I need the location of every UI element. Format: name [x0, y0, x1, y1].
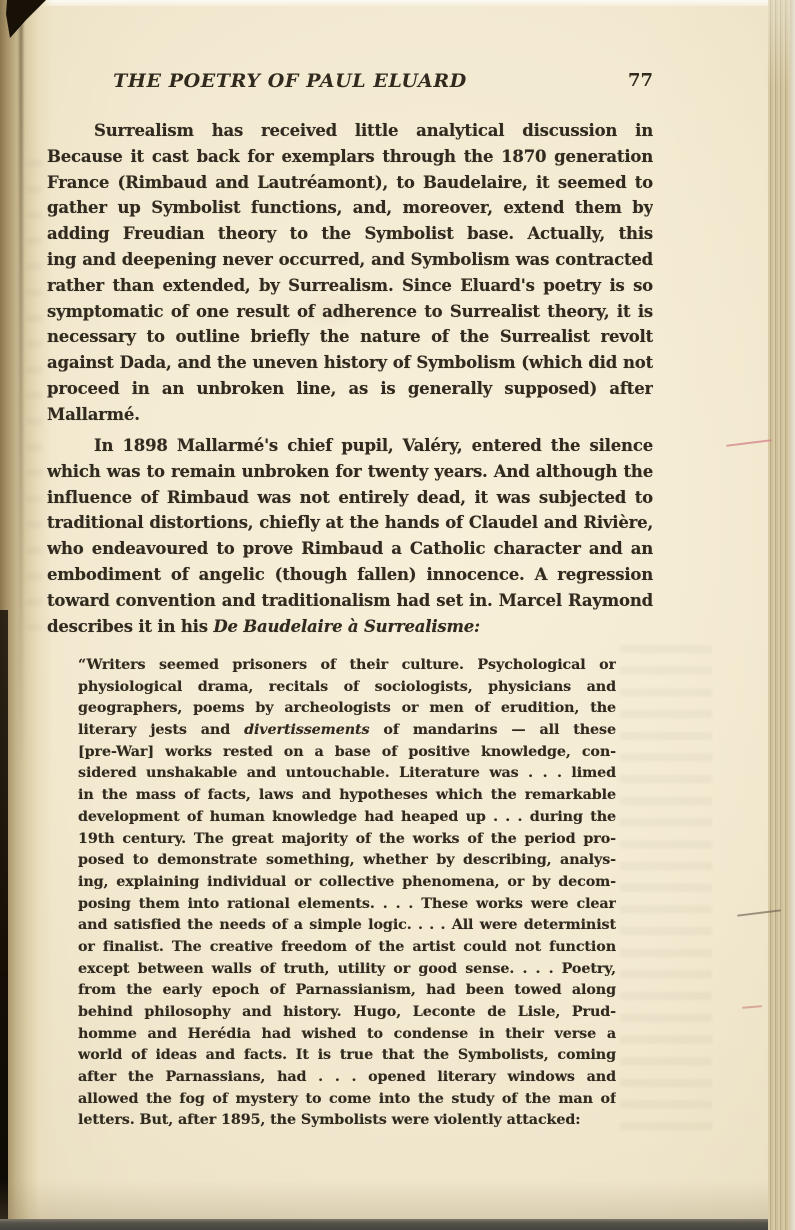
paragraph-2-line-3: influence of Rimbaud was not entirely de… [47, 485, 653, 511]
paragraph-1-line-5: adding Freudian theory to the Symbolist … [47, 221, 653, 247]
paragraph-1-line-3: France (Rimbaud and Lautréamont), to Bau… [47, 170, 653, 196]
page-text-layer: THE POETRY OF PAUL ELUARD 77 Surrealism … [0, 0, 795, 1230]
paragraph-1-line-10: against Dada, and the uneven history of … [47, 350, 653, 376]
page-number: 77 [628, 70, 653, 91]
quotation-line-2: physiological drama, recitals of sociolo… [78, 677, 616, 699]
quotation-line-6: sidered unshakable and untouchable. Lite… [78, 763, 616, 785]
quotation-line-22: letters. But, after 1895, the Symbolists… [78, 1110, 616, 1132]
quotation-line-18: homme and Herédia had wished to condense… [78, 1024, 616, 1046]
page-title: THE POETRY OF PAUL ELUARD [47, 70, 533, 92]
quotation-line-21: allowed the fog of mystery to come into … [78, 1089, 616, 1111]
paragraph-1-line-12: Mallarmé. [47, 402, 653, 428]
paragraph-1-line-2: Because it cast back for exemplars throu… [47, 144, 653, 170]
quotation-line-15: except between walls of truth, utility o… [78, 959, 616, 981]
paragraph-2-line-8: describes it in his De Baudelaire à Surr… [47, 614, 653, 640]
quotation-line-4: literary jests and divertissements of ma… [78, 720, 616, 742]
quotation-line-20: after the Parnassians, had . . . opened … [78, 1067, 616, 1089]
scanned-book-page: THE POETRY OF PAUL ELUARD 77 Surrealism … [0, 0, 795, 1230]
paragraph-2-line-6: embodiment of angelic (though fallen) in… [47, 562, 653, 588]
paragraph-2-line-7: toward convention and traditionalism had… [47, 588, 653, 614]
quotation-line-10: posed to demonstrate something, whether … [78, 850, 616, 872]
quotation-line-7: in the mass of facts, laws and hypothese… [78, 785, 616, 807]
quotation: “Writers seemed prisoners of their cultu… [78, 655, 616, 1132]
quotation-line-14: or finalist. The creative freedom of the… [78, 937, 616, 959]
quotation-line-12: posing them into rational elements. . . … [78, 894, 616, 916]
paragraph-1-line-6: ing and deepening never occurred, and Sy… [47, 247, 653, 273]
paragraph-1-line-9: necessary to outline briefly the nature … [47, 324, 653, 350]
quotation-line-11: ing, explaining individual or collective… [78, 872, 616, 894]
quotation-line-17: behind philosophy and history. Hugo, Lec… [78, 1002, 616, 1024]
paragraph-2: In 1898 Mallarmé's chief pupil, Valéry, … [47, 433, 653, 639]
quotation-line-9: 19th century. The great majority of the … [78, 829, 616, 851]
quotation-line-19: world of ideas and facts. It is true tha… [78, 1045, 616, 1067]
paragraph-1-line-7: rather than extended, by Surrealism. Sin… [47, 273, 653, 299]
paragraph-1-line-4: gather up Symbolist functions, and, more… [47, 195, 653, 221]
paragraph-2-line-5: who endeavoured to prove Rimbaud a Catho… [47, 536, 653, 562]
quotation-line-13: and satisfied the needs of a simple logi… [78, 915, 616, 937]
quotation-line-3: geographers, poems by archeologists or m… [78, 698, 616, 720]
paragraph-2-line-1: In 1898 Mallarmé's chief pupil, Valéry, … [47, 433, 653, 459]
paragraph-1: Surrealism has received little analytica… [47, 118, 653, 428]
paragraph-1-line-11: proceed in an unbroken line, as is gener… [47, 376, 653, 402]
paragraph-2-line-2: which was to remain unbroken for twenty … [47, 459, 653, 485]
quotation-line-1: “Writers seemed prisoners of their cultu… [78, 655, 616, 677]
quotation-line-5: [pre-War] works rested on a base of posi… [78, 742, 616, 764]
paragraph-2-line-4: traditional distortions, chiefly at the … [47, 510, 653, 536]
running-head: THE POETRY OF PAUL ELUARD 77 [47, 70, 653, 96]
quotation-line-16: from the early epoch of Parnassianism, h… [78, 980, 616, 1002]
quotation-line-8: development of human knowledge had heape… [78, 807, 616, 829]
paragraph-1-line-1: Surrealism has received little analytica… [47, 118, 653, 144]
paragraph-1-line-8: symptomatic of one result of adherence t… [47, 299, 653, 325]
